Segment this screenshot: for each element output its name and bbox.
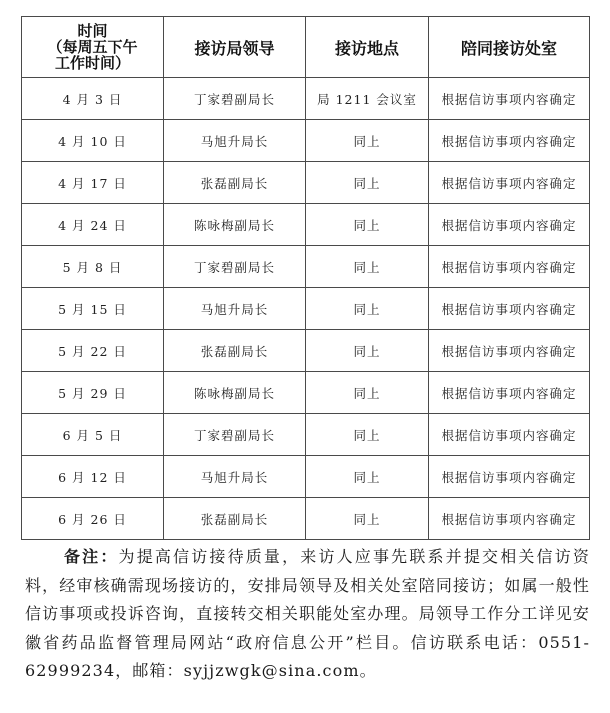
cell-leader: 丁家碧副局长 [164, 78, 306, 120]
cell-location: 同上 [306, 330, 429, 372]
cell-department: 根据信访事项内容确定 [429, 162, 590, 204]
header-time: 时间 （每周五下午 工作时间） [22, 17, 164, 78]
note-text: 为提高信访接待质量，来访人应事先联系并提交相关信访资料，经审核确需现场接访的，安… [25, 547, 590, 680]
cell-department: 根据信访事项内容确定 [429, 330, 590, 372]
cell-leader: 马旭升局长 [164, 120, 306, 162]
cell-date: 4 月 24 日 [22, 204, 164, 246]
cell-location: 同上 [306, 288, 429, 330]
cell-location: 同上 [306, 372, 429, 414]
table-row: 4 月 10 日 马旭升局长 同上 根据信访事项内容确定 [22, 120, 590, 162]
cell-date: 5 月 22 日 [22, 330, 164, 372]
cell-department: 根据信访事项内容确定 [429, 78, 590, 120]
cell-leader: 张磊副局长 [164, 162, 306, 204]
cell-department: 根据信访事项内容确定 [429, 414, 590, 456]
cell-leader: 丁家碧副局长 [164, 414, 306, 456]
cell-leader: 张磊副局长 [164, 330, 306, 372]
cell-department: 根据信访事项内容确定 [429, 456, 590, 498]
cell-location: 同上 [306, 456, 429, 498]
cell-department: 根据信访事项内容确定 [429, 372, 590, 414]
cell-date: 4 月 10 日 [22, 120, 164, 162]
cell-location: 同上 [306, 498, 429, 540]
cell-location: 同上 [306, 246, 429, 288]
table-row: 5 月 22 日 张磊副局长 同上 根据信访事项内容确定 [22, 330, 590, 372]
table-header-row: 时间 （每周五下午 工作时间） 接访局领导 接访地点 陪同接访处室 [22, 17, 590, 78]
cell-date: 6 月 12 日 [22, 456, 164, 498]
table-row: 6 月 12 日 马旭升局长 同上 根据信访事项内容确定 [22, 456, 590, 498]
table-row: 6 月 5 日 丁家碧副局长 同上 根据信访事项内容确定 [22, 414, 590, 456]
note-label: 备注： [64, 547, 119, 566]
table-row: 4 月 3 日 丁家碧副局长 局 1211 会议室 根据信访事项内容确定 [22, 78, 590, 120]
cell-leader: 陈咏梅副局长 [164, 372, 306, 414]
cell-department: 根据信访事项内容确定 [429, 204, 590, 246]
cell-department: 根据信访事项内容确定 [429, 498, 590, 540]
table-row: 5 月 8 日 丁家碧副局长 同上 根据信访事项内容确定 [22, 246, 590, 288]
cell-department: 根据信访事项内容确定 [429, 120, 590, 162]
cell-department: 根据信访事项内容确定 [429, 246, 590, 288]
cell-date: 6 月 5 日 [22, 414, 164, 456]
header-leader: 接访局领导 [164, 17, 306, 78]
cell-leader: 张磊副局长 [164, 498, 306, 540]
cell-leader: 马旭升局长 [164, 456, 306, 498]
table-body: 4 月 3 日 丁家碧副局长 局 1211 会议室 根据信访事项内容确定 4 月… [22, 78, 590, 540]
cell-date: 4 月 17 日 [22, 162, 164, 204]
cell-location: 同上 [306, 414, 429, 456]
header-department: 陪同接访处室 [429, 17, 590, 78]
header-time-line-1: 时间 [22, 23, 163, 39]
cell-date: 5 月 15 日 [22, 288, 164, 330]
cell-date: 6 月 26 日 [22, 498, 164, 540]
header-time-line-3: 工作时间） [22, 55, 163, 71]
table-row: 4 月 24 日 陈咏梅副局长 同上 根据信访事项内容确定 [22, 204, 590, 246]
cell-location: 同上 [306, 120, 429, 162]
cell-location: 局 1211 会议室 [306, 78, 429, 120]
header-time-line-2: （每周五下午 [22, 39, 163, 55]
cell-date: 5 月 29 日 [22, 372, 164, 414]
header-location: 接访地点 [306, 17, 429, 78]
table-row: 5 月 29 日 陈咏梅副局长 同上 根据信访事项内容确定 [22, 372, 590, 414]
cell-leader: 丁家碧副局长 [164, 246, 306, 288]
reception-schedule-table: 时间 （每周五下午 工作时间） 接访局领导 接访地点 陪同接访处室 4 月 3 … [21, 16, 590, 540]
cell-date: 4 月 3 日 [22, 78, 164, 120]
note-paragraph: 备注：为提高信访接待质量，来访人应事先联系并提交相关信访资料，经审核确需现场接访… [25, 543, 590, 686]
table-row: 4 月 17 日 张磊副局长 同上 根据信访事项内容确定 [22, 162, 590, 204]
cell-leader: 陈咏梅副局长 [164, 204, 306, 246]
cell-date: 5 月 8 日 [22, 246, 164, 288]
table-row: 5 月 15 日 马旭升局长 同上 根据信访事项内容确定 [22, 288, 590, 330]
cell-department: 根据信访事项内容确定 [429, 288, 590, 330]
cell-leader: 马旭升局长 [164, 288, 306, 330]
table-row: 6 月 26 日 张磊副局长 同上 根据信访事项内容确定 [22, 498, 590, 540]
cell-location: 同上 [306, 162, 429, 204]
cell-location: 同上 [306, 204, 429, 246]
